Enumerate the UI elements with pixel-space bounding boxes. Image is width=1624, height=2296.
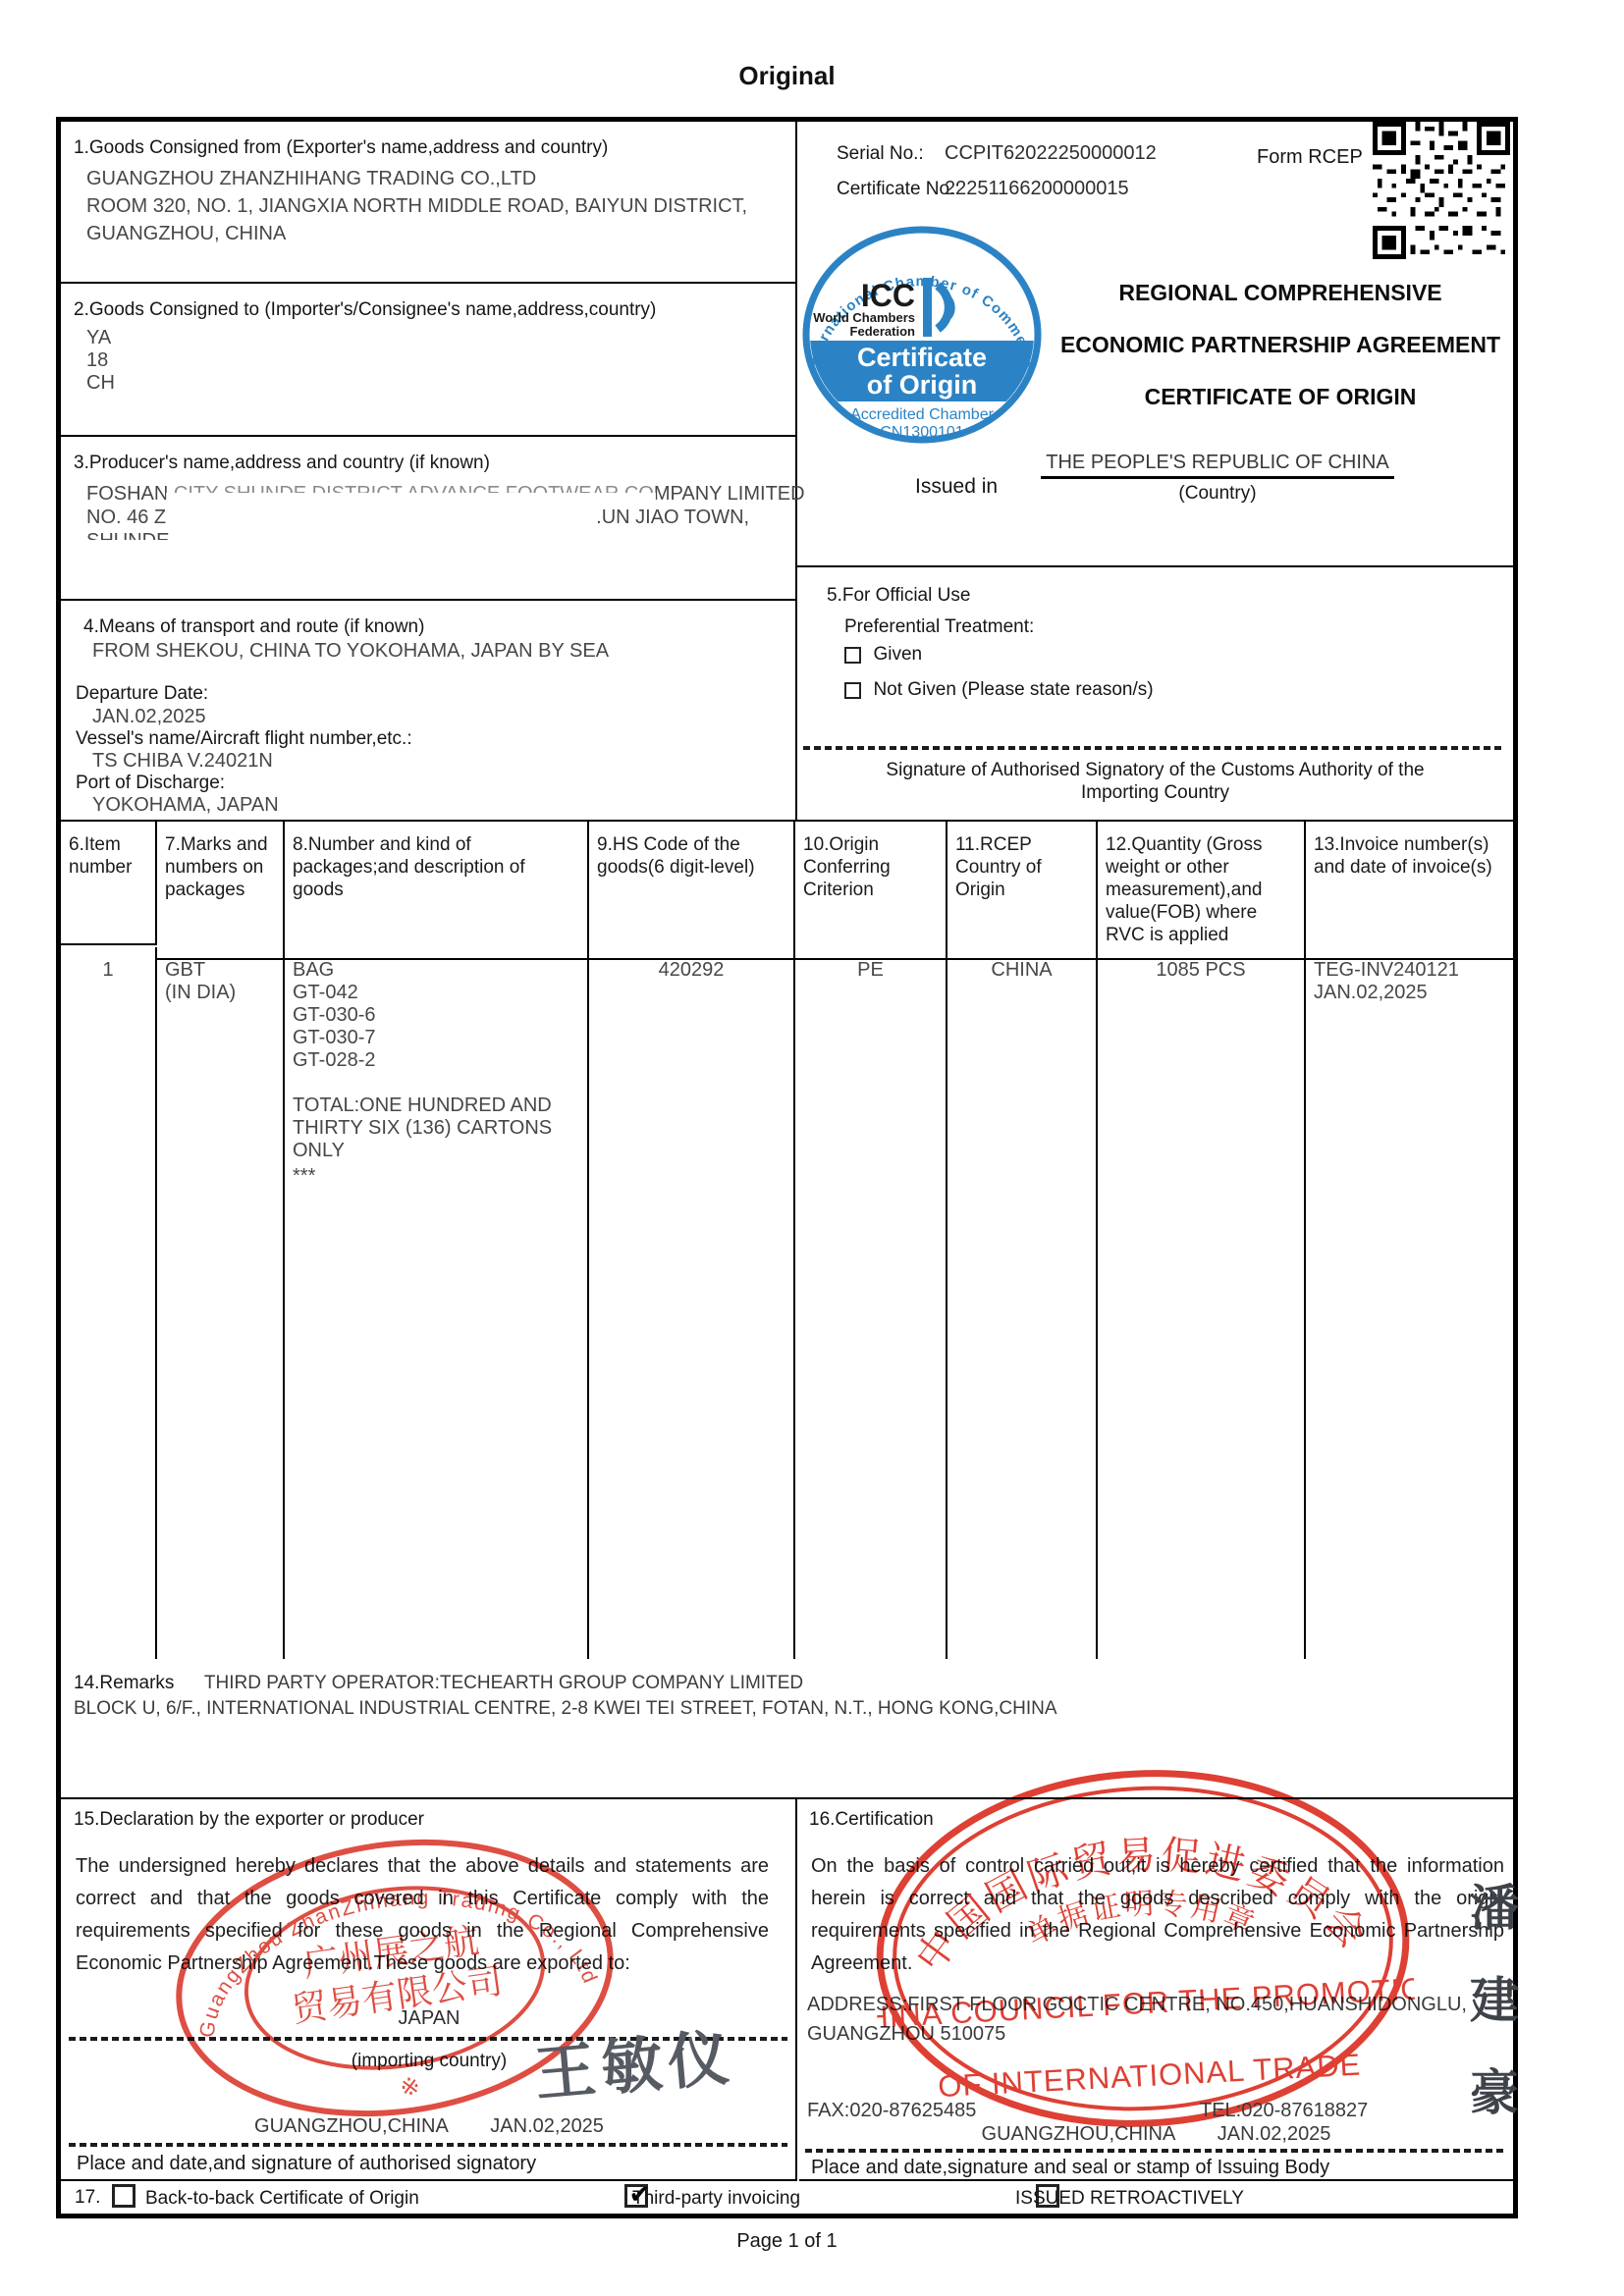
transport-route: FROM SHEKOU, CHINA TO YOKOHAMA, JAPAN BY… [92,640,609,663]
header-area: Serial No.: CCPIT62022250000012 Certific… [797,122,1513,567]
col-header-hs: 9.HS Code of the goods(6 digit-level) [589,822,795,960]
box1-label: 1.Goods Consigned from (Exporter's name,… [74,137,608,159]
box15-declaration: 15.Declaration by the exporter or produc… [61,1799,797,2181]
badge-org-sub2: Federation [850,324,916,339]
producer-line2: NO. 46 Z.UN JIAO TOWN, [86,506,805,529]
exporter-address1: ROOM 320, NO. 1, JIANGXIA NORTH MIDDLE R… [86,192,747,220]
consignee-line1: YA [86,327,115,349]
box15-label: 15.Declaration by the exporter or produc… [74,1809,424,1831]
certificate-page: Original 1.Goods Consigned from (Exporte… [0,0,1624,2296]
certificate-form: 1.Goods Consigned from (Exporter's name,… [56,117,1518,2218]
port-value: YOKOHAMA, JAPAN [92,794,279,817]
issued-in-label: Issued in [915,475,998,499]
box14-label: 14.Remarks [74,1673,174,1693]
producer-line3: SHUNDE [86,529,805,553]
box1-goods-consigned-from: 1.Goods Consigned from (Exporter's name,… [61,122,797,284]
remarks-line2: BLOCK U, 6/F., INTERNATIONAL INDUSTRIAL … [74,1698,1057,1720]
issued-in-value: THE PEOPLE'S REPUBLIC OF CHINA [1011,452,1424,474]
box2-goods-consigned-to: 2.Goods Consigned to (Importer's/Consign… [61,284,797,437]
col-header-marks: 7.Marks and numbers on packages [157,822,285,960]
serial-label: Serial No.: [837,143,924,165]
box16-place-date: GUANGZHOU,CHINA JAN.02,2025 [799,2123,1513,2146]
col-header-origin-criterion: 10.Origin Conferring Criterion [795,822,947,960]
departure-date-value: JAN.02,2025 [92,706,206,728]
departure-date-label: Departure Date: [76,683,208,705]
ccpit-stamp: 中国国际贸易促进委员会 单据证明专用章 CHINA COUNCIL FOR TH… [865,1756,1421,2141]
given-checkbox[interactable] [844,647,861,664]
badge-number: CN1300101 [880,424,964,441]
serial-value: CCPIT62022250000012 [945,142,1157,165]
box16-bottom-dotted-line [805,2149,1507,2153]
cell-hs-code: 420292 [589,947,795,1659]
box16-footer: Place and date,signature and seal or sta… [811,2157,1329,2179]
form-rcep-label: Form RCEP [1257,146,1363,169]
col-header-invoice: 13.Invoice number(s) and date of invoice… [1306,822,1513,960]
box5-label: 5.For Official Use [827,585,970,607]
vessel-label: Vessel's name/Aircraft flight number,etc… [76,728,412,750]
icc-certificate-badge: International Chamber of Commerce ICC Wo… [799,223,1045,447]
box3-producer: 3.Producer's name,address and country (i… [61,437,797,601]
qr-code [1373,122,1510,259]
cell-invoice: TEG-INV240121 JAN.02,2025 [1306,947,1513,1659]
page-title: Original [56,61,1518,91]
ccpit-en1: CHINA COUNCIL FOR THE PROMOTION [865,1970,1421,2036]
ccpit-en2: OF INTERNATIONAL TRADE [937,2048,1362,2105]
badge-accredited: Accredited Chamber [850,406,995,423]
box3-producer-lines: FOSHAN CITY SHUNDE DISTRICT ADVANCE FOOT… [86,482,805,553]
exporter-name: GUANGZHOU ZHANZHIHANG TRADING CO.,LTD [86,165,747,192]
title-line3: CERTIFICATE OF ORIGIN [1048,371,1513,423]
box5-official-use: 5.For Official Use Preferential Treatmen… [797,567,1513,822]
preferential-label: Preferential Treatment: [844,616,1034,638]
col-header-rcep-country: 11.RCEP Country of Origin [947,822,1098,960]
customs-signature-caption1: Signature of Authorised Signatory of the… [797,760,1513,781]
exporter-signature: 王敏仪 [531,2008,738,2112]
exporter-address2: GUANGZHOU, CHINA [86,220,747,247]
box16-certification: 16.Certification On the basis of control… [799,1799,1513,2181]
back-to-back-label: Back-to-back Certificate of Origin [145,2188,419,2210]
customs-signature-caption2: Importing Country [797,782,1513,804]
page-number: Page 1 of 1 [56,2230,1518,2253]
badge-org-sub1: World Chambers [813,310,915,325]
col-header-packages: 8.Number and kind of packages;and descri… [285,822,589,960]
box15-place-date: GUANGZHOU,CHINA JAN.02,2025 [61,2115,797,2138]
port-label: Port of Discharge: [76,773,225,794]
box15-footer: Place and date,and signature of authoris… [77,2153,536,2175]
redacted-text: CITY SHUNDE DISTRICT ADVANCE FOOTWEAR CO [168,483,654,505]
cell-description: BAG GT-042 GT-030-6 GT-030-7 GT-028-2 TO… [285,947,589,1659]
issued-retroactively-label: ISSUED RETROACTIVELY [1015,2188,1244,2210]
box4-transport: 4.Means of transport and route (if known… [61,601,797,822]
remarks-line1: 14.Remarks THIRD PARTY OPERATOR:TECHEART… [74,1673,1497,1694]
consignee-line2: 18 [86,349,115,372]
not-given-checkbox[interactable] [844,682,861,699]
goods-table-header: 6.Item number 7.Marks and numbers on pac… [61,822,1513,960]
cell-origin-criterion: PE [795,947,947,1659]
vessel-value: TS CHIBA V.24021N [92,750,273,773]
box17-number: 17. [75,2187,100,2209]
third-party-invoicing-label: Third-party invoicing [632,2188,800,2210]
col-header-item: 6.Item number [61,822,157,945]
rcep-title: REGIONAL COMPREHENSIVE ECONOMIC PARTNERS… [1048,267,1513,423]
cell-item-number: 1 [61,947,157,1659]
cell-quantity: 1085 PCS [1098,947,1306,1659]
issued-in-sub: (Country) [1011,483,1424,505]
badge-org: ICC [861,278,915,313]
title-line2: ECONOMIC PARTNERSHIP AGREEMENT [1048,319,1513,371]
title-line1: REGIONAL COMPREHENSIVE [1048,267,1513,319]
tel-number: TEL:020-87618827 [1200,2100,1368,2122]
box3-label: 3.Producer's name,address and country (i… [74,453,490,474]
producer-line1: FOSHAN CITY SHUNDE DISTRICT ADVANCE FOOT… [86,482,805,506]
badge-band2: of Origin [867,370,977,400]
box15-bottom-dotted-line [69,2143,787,2147]
remarks-operator: THIRD PARTY OPERATOR:TECHEARTH GROUP COM… [204,1673,803,1693]
box17-options: 17. Back-to-back Certificate of Origin ✔… [61,2181,1513,2214]
back-to-back-checkbox[interactable] [112,2184,135,2208]
goods-table-row: 1 GBT (IN DIA) BAG GT-042 GT-030-6 GT-03… [61,947,1513,1659]
given-label: Given [873,644,922,665]
certificate-no-label: Certificate No.: [837,179,960,200]
cell-marks: GBT (IN DIA) [157,947,285,1659]
col-header-quantity: 12.Quantity (Gross weight or other measu… [1098,822,1306,960]
issued-in-underline [1041,476,1394,479]
box4-label: 4.Means of transport and route (if known… [83,616,424,638]
cell-rcep-country: CHINA [947,947,1098,1659]
box2-label: 2.Goods Consigned to (Importer's/Consign… [74,299,656,321]
given-option: Given [844,644,922,666]
signature-dotted-line [803,746,1505,750]
box2-consignee: YA 18 CH [86,327,115,395]
box1-exporter: GUANGZHOU ZHANZHIHANG TRADING CO.,LTD RO… [86,165,747,247]
not-given-label: Not Given (Please state reason/s) [873,679,1153,700]
stamp-mark: ※ [399,2073,422,2103]
fax-number: FAX:020-87625485 [807,2100,976,2122]
badge-band1: Certificate [857,343,987,372]
consignee-line3: CH [86,372,115,395]
not-given-option: Not Given (Please state reason/s) [844,679,1154,701]
certificate-no-value: 22251166200000015 [945,178,1129,200]
issuing-officer-signature: 潘建豪 [1455,1882,1526,2159]
